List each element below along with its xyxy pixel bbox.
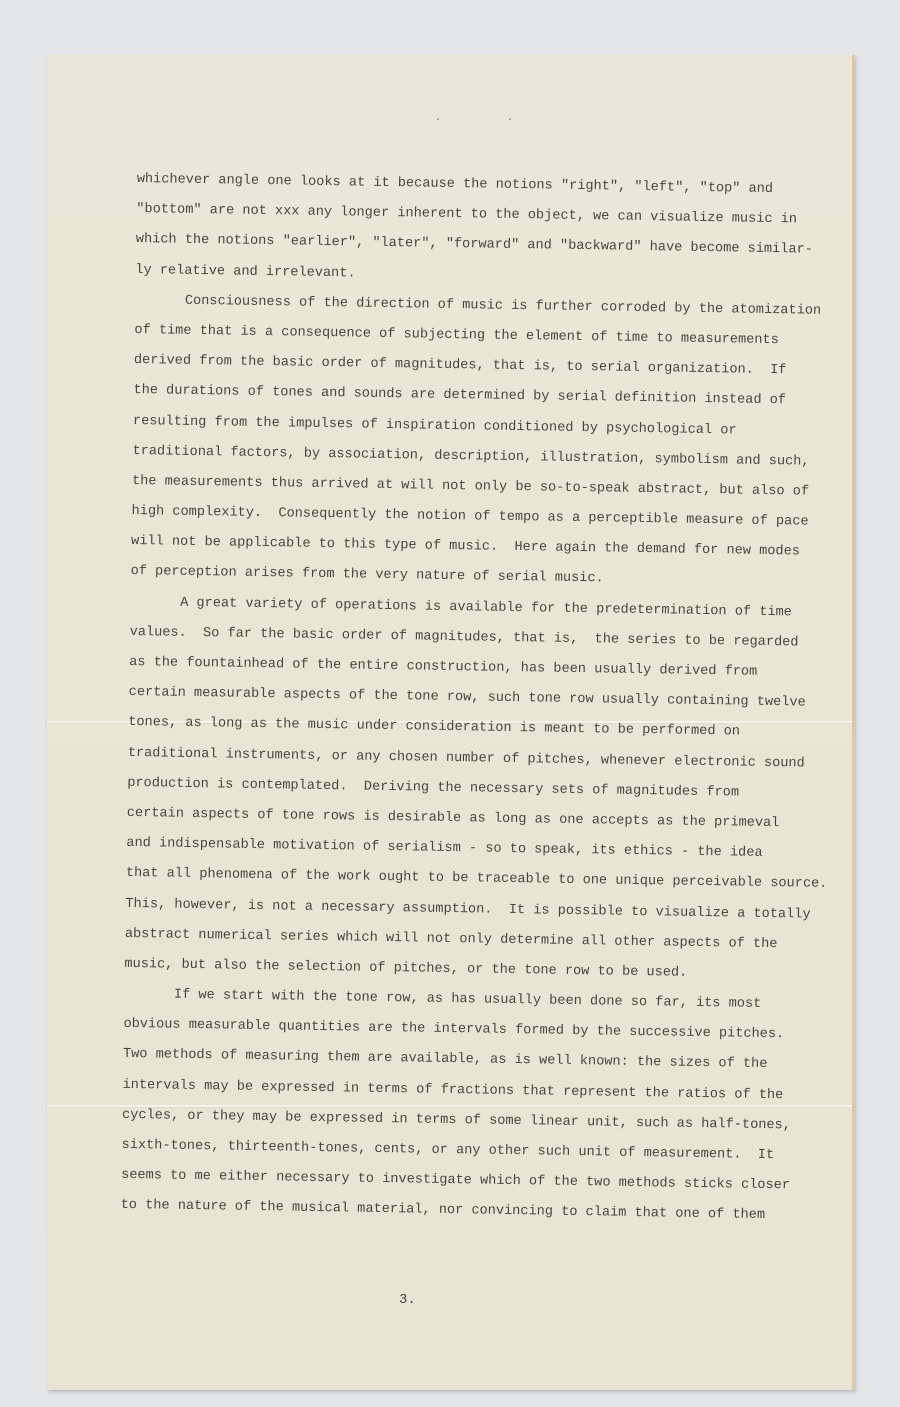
- document-page: . . whichever angle one looks at it beca…: [47, 55, 855, 1390]
- page-number: 3.: [399, 1292, 416, 1308]
- typewritten-text: whichever angle one looks at it because …: [120, 165, 817, 1232]
- top-marks: . .: [435, 113, 543, 124]
